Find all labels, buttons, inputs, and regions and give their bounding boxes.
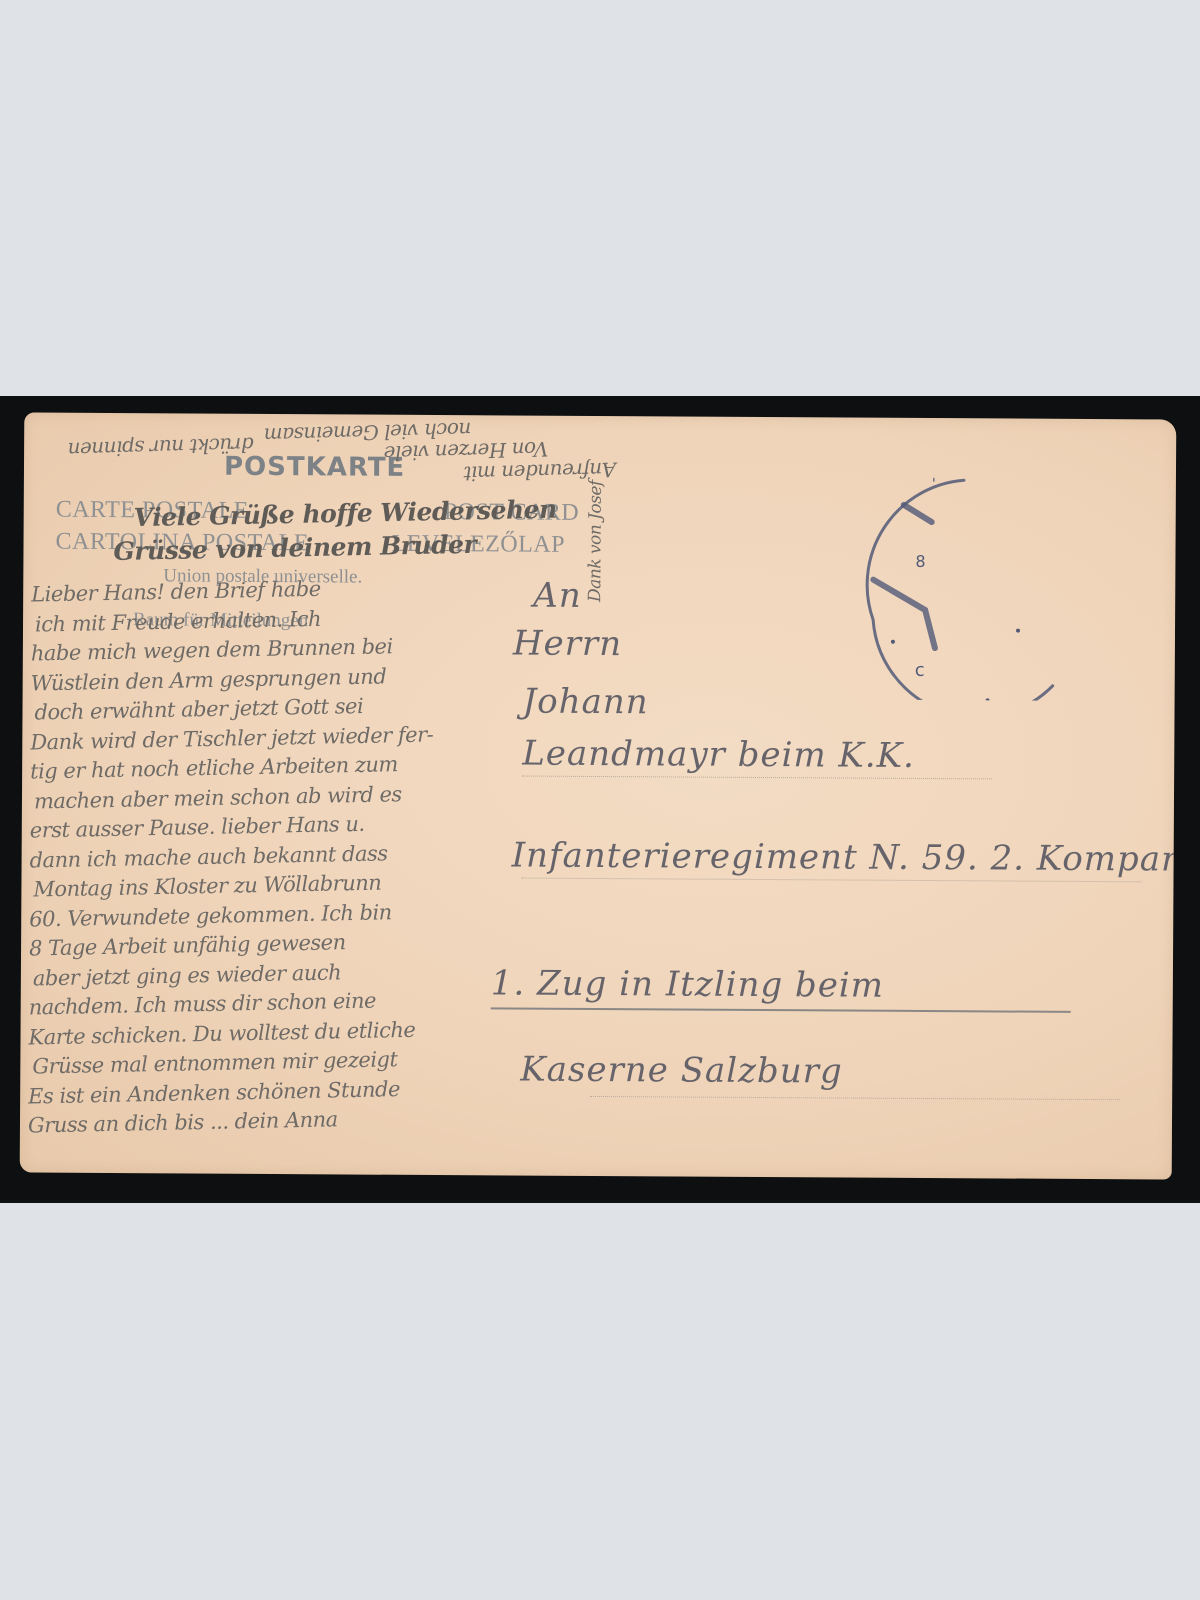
address-salutation: An: [533, 576, 582, 616]
message-line: erst ausser Pause. lieber Hans u.: [30, 812, 365, 843]
postmark-mark: 8: [915, 552, 925, 571]
address-platoon-line: 1. Zug in Itzling beim: [491, 963, 884, 1005]
address-surname-line: Leandmayr beim K.K.: [522, 734, 915, 776]
message-line: Dank wird der Tischler jetzt wieder fer-: [30, 722, 433, 754]
message-line: machen aber mein schon ab wird es: [34, 782, 402, 813]
postmark: ' 8 c: [853, 470, 1084, 701]
message-line: Wüstlein den Arm gesprungen und: [30, 664, 386, 695]
message-line: Montag ins Kloster zu Wöllabrunn: [33, 871, 381, 902]
vertical-note: Dank von Josef: [585, 480, 606, 602]
address-barracks-line: Kaserne Salzburg: [520, 1050, 843, 1092]
message-line: Grüsse mal entnommen mir gezeigt: [32, 1047, 398, 1078]
message-line: 60. Verwundete gekommen. Ich bin: [29, 900, 392, 931]
message-line: habe mich wegen dem Brunnen bei: [31, 634, 393, 665]
message-line: Lieber Hans! den Brief habe: [31, 577, 321, 607]
message-line: nachdem. Ich muss dir schon eine: [28, 989, 376, 1020]
address-title: Herrn: [513, 623, 622, 664]
message-line: Es ist ein Andenken schönen Stunde: [28, 1077, 400, 1108]
message-line: doch erwähnt aber jetzt Gott sei: [34, 694, 363, 725]
message-line: 8 Tage Arbeit unfähig gewesen: [29, 930, 346, 960]
address-dotted-line: [522, 776, 992, 780]
message-line: aber jetzt ging es wieder auch: [33, 960, 342, 990]
postmark-mark: ': [932, 476, 936, 492]
postcard: POSTKARTE CARTE POSTALE POST CARD CARTOL…: [20, 412, 1177, 1179]
address-dotted-line: [590, 1096, 1120, 1100]
message-line: Gruss an dich bis ... dein Anna: [28, 1107, 338, 1137]
address-regiment-line: Infanterieregiment N. 59. 2. Kompanie: [512, 835, 1177, 879]
postmark-circle-icon: [853, 470, 1084, 701]
message-line: Karte schicken. Du wolltest du etliche: [28, 1017, 415, 1049]
message-line: dann ich mache auch bekannt dass: [29, 841, 387, 872]
address-first-name: Johann: [522, 682, 648, 723]
postmark-mark: c: [915, 660, 925, 681]
message-line: ich mit Freude erhalten. Ich: [35, 606, 322, 636]
address-underline: [491, 1007, 1071, 1013]
message-line: tig er hat noch etliche Arbeiten zum: [30, 752, 398, 783]
overwritten-line: Grüsse von deinem Bruder: [113, 530, 476, 566]
